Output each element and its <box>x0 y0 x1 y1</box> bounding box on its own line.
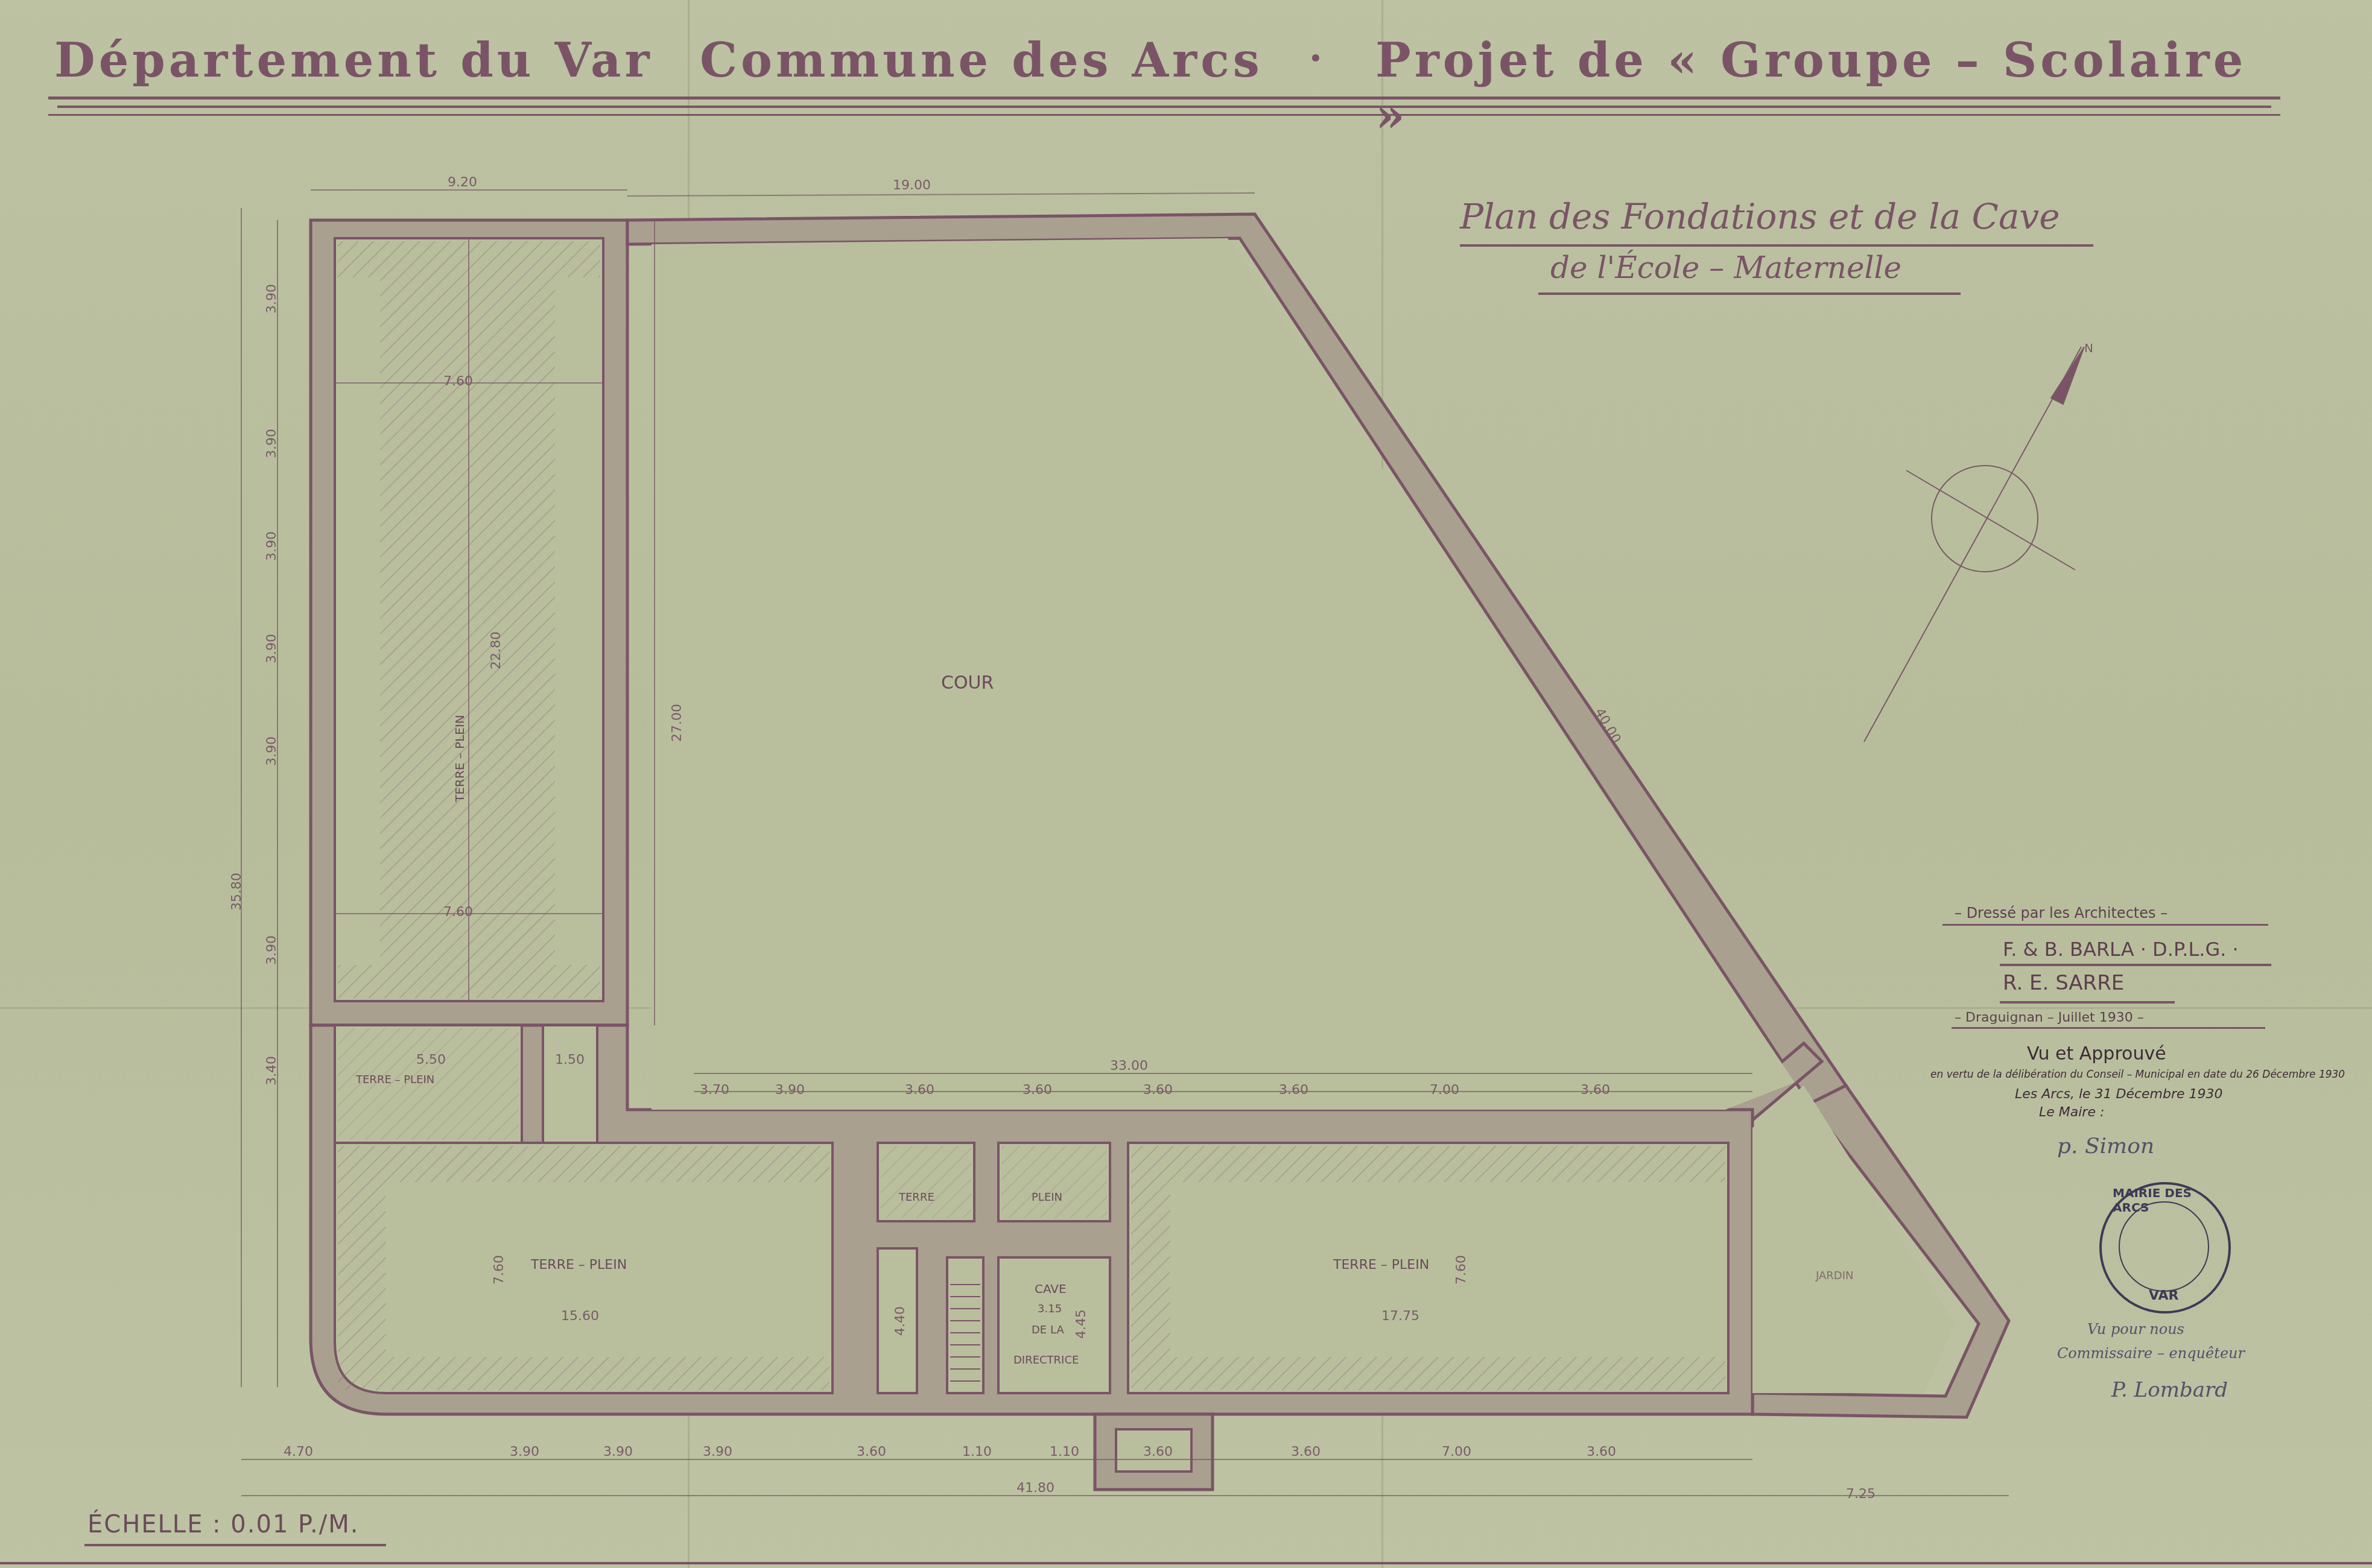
label-terre-plein-right: TERRE – PLEIN <box>1333 1257 1429 1272</box>
dim-bay-short: 3.60 <box>1291 1444 1321 1459</box>
dim-wing-inner-length: 22.80 <box>489 631 504 669</box>
dim-annex-width: 5.50 <box>416 1052 446 1067</box>
dim-bay-short: 3.60 <box>905 1083 934 1098</box>
dim-wing-outer-length: 27.00 <box>670 704 685 742</box>
label-terre-plein-left: TERRE – PLEIN <box>531 1257 627 1272</box>
underline <box>2000 964 2271 966</box>
underline <box>1952 1027 2265 1029</box>
dim-bay-short: 3.60 <box>1023 1083 1052 1098</box>
dim-top-wing-width: 9.20 <box>448 175 477 190</box>
dim-inner-width: 7.60 <box>443 374 473 389</box>
architect-name-1: F. & B. BARLA · D.P.L.G. · <box>2003 938 2239 961</box>
dim-bay-short: 3.60 <box>1143 1444 1173 1459</box>
dim-bay-wide: 7.00 <box>1442 1444 1471 1459</box>
foundation-plan-drawing <box>0 0 2372 1568</box>
dim-bay-short: 3.60 <box>1279 1083 1308 1098</box>
commissioner-note-1: Vu pour nous <box>2087 1321 2184 1338</box>
dim-bay: 3.90 <box>603 1444 633 1459</box>
label-terre: TERRE <box>899 1191 934 1204</box>
architects-heading: – Dressé par les Architectes – <box>1955 905 2167 922</box>
dim-bay: 3.90 <box>264 935 279 965</box>
dim-annex-depth: 3.40 <box>264 1056 279 1086</box>
label-cour: COUR <box>941 672 994 694</box>
label-terre-plein-annex: TERRE – PLEIN <box>356 1073 434 1086</box>
label-jardin: JARDIN <box>1816 1269 1853 1282</box>
dim-court-wall: 19.00 <box>893 178 931 193</box>
label-directrice: DIRECTRICE <box>1013 1354 1079 1367</box>
approval-line-3: Le Maire : <box>2039 1105 2104 1120</box>
label-cave: CAVE <box>1035 1282 1067 1296</box>
dim-room-depth: 7.60 <box>1454 1255 1469 1285</box>
commissioner-note-2: Commissaire – enquêteur <box>2057 1345 2245 1362</box>
dim-bay-wide: 7.00 <box>1430 1083 1459 1098</box>
mairie-stamp: MAIRIE DES ARCS VAR <box>2099 1182 2231 1314</box>
approval-heading: Vu et Approuvé <box>2027 1043 2166 1064</box>
underline <box>2000 1001 2175 1004</box>
stamp-top-text: MAIRIE DES ARCS <box>2113 1186 2228 1215</box>
dim-room-depth: 7.60 <box>492 1255 507 1285</box>
dim-bay-first: 3.70 <box>700 1083 729 1098</box>
approval-line-2: Les Arcs, le 31 Décembre 1930 <box>2015 1087 2223 1102</box>
dim-bay: 3.90 <box>703 1444 732 1459</box>
dim-jardin: 7.25 <box>1846 1487 1876 1502</box>
dim-stair-depth: 4.40 <box>893 1306 908 1336</box>
border-line <box>0 1562 2372 1564</box>
label-de-la: DE LA <box>1032 1324 1064 1336</box>
dim-bottom-small: 1.10 <box>1050 1444 1079 1459</box>
underline <box>1942 924 2268 926</box>
north-label: N <box>2084 341 2093 355</box>
dim-bottom-first: 4.70 <box>284 1444 313 1459</box>
scale-label: ÉCHELLE : 0.01 P./M. <box>87 1511 359 1538</box>
dim-front-length: 33.00 <box>1110 1058 1148 1073</box>
dim-right-room-width: 17.75 <box>1381 1309 1419 1324</box>
label-plein: PLEIN <box>1032 1191 1062 1204</box>
architect-name-2: R. E. SARRE <box>2003 971 2124 995</box>
dim-cave-depth: 4.45 <box>1074 1309 1089 1339</box>
dim-overall-depth: 35.80 <box>229 873 244 911</box>
dim-bay-short: 3.60 <box>1581 1083 1610 1098</box>
dim-bay: 3.90 <box>775 1083 805 1098</box>
dim-annex-small: 1.50 <box>555 1052 585 1067</box>
dim-bay-short: 3.60 <box>857 1444 886 1459</box>
dim-inner-width: 7.60 <box>443 905 473 920</box>
dim-bottom-small: 1.10 <box>962 1444 992 1459</box>
label-cave-dim: 3.15 <box>1038 1303 1062 1315</box>
dim-total-length: 41.80 <box>1016 1481 1054 1496</box>
label-terre-plein-wing: TERRE – PLEIN <box>452 715 467 802</box>
stamp-bottom-text: VAR <box>2149 1288 2179 1303</box>
dim-bay: 3.90 <box>264 531 279 561</box>
blueprint-sheet: Département du Var • Commune des Arcs • … <box>0 0 2372 1568</box>
dim-bay-short: 3.60 <box>1587 1444 1616 1459</box>
stamp-inner-ring <box>2119 1201 2209 1292</box>
dim-bay: 3.90 <box>264 429 279 458</box>
dim-bay: 3.90 <box>264 736 279 766</box>
dim-bay-short: 3.60 <box>1143 1083 1173 1098</box>
scale-underline <box>84 1544 386 1546</box>
commissioner-signature: P. Lombard <box>2111 1378 2228 1402</box>
approval-line-1: en vertu de la délibération du Conseil –… <box>1930 1069 2345 1081</box>
dim-bay: 3.90 <box>264 284 279 314</box>
dim-bay: 3.90 <box>264 634 279 663</box>
dim-left-room-width: 15.60 <box>561 1309 599 1324</box>
mayor-signature: p. Simon <box>2057 1134 2154 1159</box>
architects-place-date: – Draguignan – Juillet 1930 – <box>1955 1010 2144 1025</box>
dim-bay: 3.90 <box>510 1444 539 1459</box>
